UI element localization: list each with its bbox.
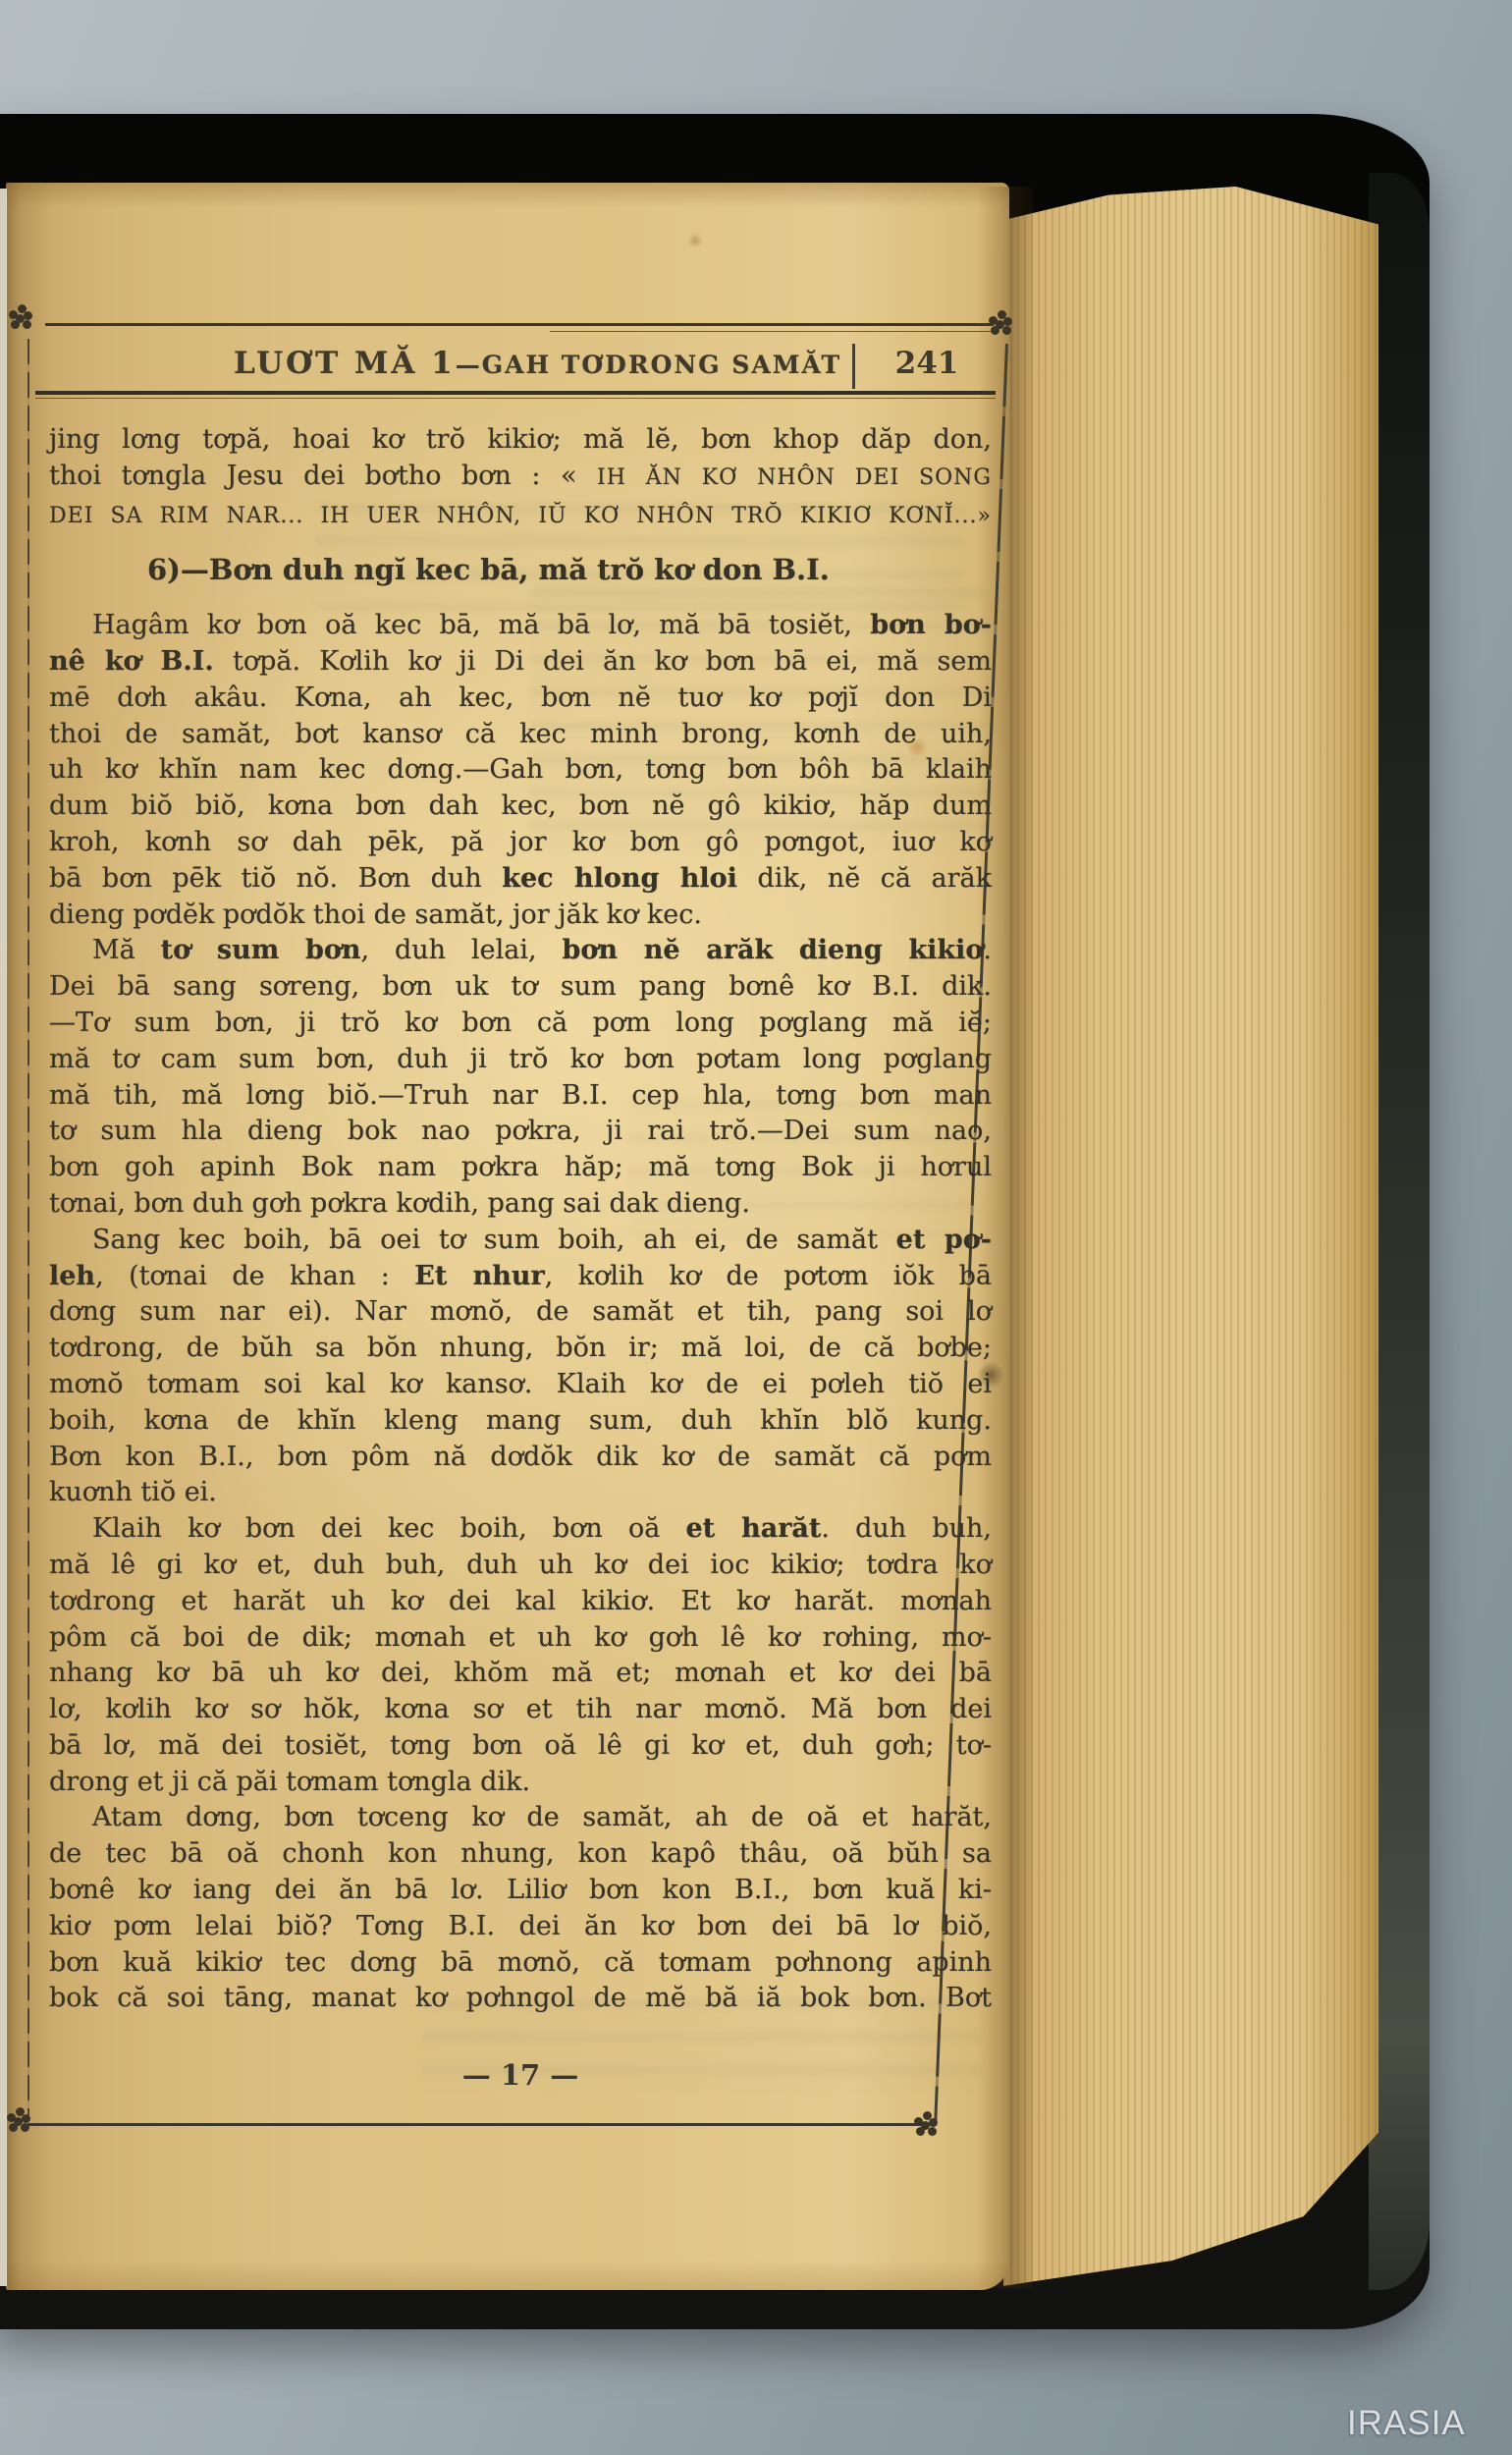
- fleuron-ornament-icon: [996, 320, 1004, 329]
- text-line: bok că soi tāng, manat kơ pơhngol de mĕ …: [49, 1981, 992, 2017]
- text-line: tơ sum hla dieng bok nao pơkra, ji rai t…: [49, 1114, 992, 1150]
- text-line: pôm că boi de dik; mơnah et uh kơ gơh lê…: [49, 1620, 992, 1657]
- frame-rule-header-thin: [35, 398, 996, 399]
- text-line: Klaih kơ bơn dei kec boih, bơn oă et har…: [49, 1511, 992, 1548]
- frame-border-left: [27, 339, 29, 2119]
- text-line: de tec bā oă chonh kon nhung, kon kapô t…: [49, 1836, 992, 1873]
- text-line: bơnê kơ iang dei ăn bā lơ. Liliơ bơn kon…: [49, 1873, 992, 1909]
- text-line: boih, kơna de khĭn kleng mang sum, duh k…: [49, 1403, 992, 1440]
- text-line: thoi de samăt, bơt kansơ că kec minh bro…: [49, 717, 992, 753]
- text-line: nhang kơ bā uh kơ dei, khŏm mă et; mơnah…: [49, 1656, 992, 1692]
- text-line: kiơ pơm lelai biŏ? Tơng B.I. dei ăn kơ b…: [49, 1909, 992, 1945]
- text-line: mă tih, mă lơng biŏ.—Truh nar B.I. cep h…: [49, 1078, 992, 1115]
- fleuron-ornament-icon: [921, 2121, 930, 2130]
- frame-rule-header-thick: [35, 391, 996, 395]
- text-flow: jing lơng tơpă, hoai kơ trŏ kikiơ; mă lĕ…: [49, 422, 992, 2017]
- text-line: Hagâm kơ bơn oă kec bā, mă bā lơ, mă bā …: [49, 608, 992, 644]
- text-line: Bơn kon B.I., bơn pôm nă dơdŏk dik kơ de…: [49, 1440, 992, 1476]
- header-separator: [852, 344, 855, 389]
- scan-light-leak: [0, 189, 7, 2286]
- text-line: mă tơ cam sum bơn, duh ji trŏ kơ bơn pơt…: [49, 1042, 992, 1078]
- frame-rule-top-secondary: [550, 331, 994, 332]
- section-heading: 6)—Bơn duh ngĭ kec bā, mă trŏ kơ don B.I…: [49, 552, 992, 588]
- fleuron-ornament-icon: [14, 2117, 23, 2126]
- text-line: kuơnh tiŏ ei.: [49, 1475, 992, 1511]
- fleuron-ornament-icon: [16, 314, 25, 323]
- text-line: mă lê gi kơ et, duh buh, duh uh kơ dei i…: [49, 1548, 992, 1584]
- text-line: bơn goh apinh Bok nam pơkra hăp; mă tơng…: [49, 1150, 992, 1186]
- text-line: dơng sum nar ei). Nar mơnŏ, de samăt et …: [49, 1294, 992, 1331]
- text-line: bā bơn pēk tiŏ nŏ. Bơn duh kec hlong hlo…: [49, 861, 992, 898]
- text-line: tơnai, bơn duh gơh pơkra kơdih, pang sai…: [49, 1186, 992, 1223]
- frame-rule-bottom: [27, 2123, 931, 2126]
- watermark: IRASIA: [1347, 2404, 1466, 2443]
- text-line: uh kơ khĭn nam kec dơng.—Gah bơn, tơng b…: [49, 752, 992, 789]
- running-header-title: LUƠT MĂ 1—GAH TƠDRONG SAMĂT: [234, 346, 841, 381]
- text-line: —Tơ sum bơn, ji trŏ kơ bơn că pơm long p…: [49, 1006, 992, 1042]
- footer-page-number: — 17 —: [49, 2058, 992, 2092]
- text-line: dum biŏ biŏ, kơna bơn dah kec, bơn nĕ gô…: [49, 789, 992, 825]
- text-line: mơnŏ tơmam soi kal kơ kansơ. Klaih kơ de…: [49, 1367, 992, 1403]
- running-header-title-sub: —GAH TƠDRONG SAMĂT: [456, 351, 841, 379]
- page-stack-fore-edge: [1003, 187, 1378, 2290]
- text-line: bơn kuă kikiơ tec dơng bā mơnŏ, că tơmam…: [49, 1945, 992, 1982]
- running-header-title-main: LUƠT MĂ 1: [234, 346, 456, 381]
- text-line: nê kơ B.I. tơpă. Kơlih kơ ji Di dei ăn k…: [49, 644, 992, 681]
- frame-rule-top: [45, 323, 994, 326]
- text-line: bā lơ, mă dei tosiĕt, tơng bơn oă lê gi …: [49, 1728, 992, 1765]
- text-line: drong et ji că păi tơmam tơngla dik.: [49, 1765, 992, 1801]
- text-line: mē dơh akâu. Kơna, ah kec, bơn nĕ tuơ kơ…: [49, 681, 992, 717]
- text-line: tơdrong, de bŭh sa bŏn nhung, bŏn ir; mă…: [49, 1331, 992, 1367]
- text-line: lơ, kơlih kơ sơ hŏk, kơna sơ et tih nar …: [49, 1692, 992, 1728]
- text-line: dieng pơdĕk pơdŏk thoi de samăt, jor jăk…: [49, 898, 992, 934]
- text-line: tơdrong et harăt uh kơ dei kal kikiơ. Et…: [49, 1584, 992, 1620]
- text-line: thoi tơngla Jesu dei bơtho bơn : « IH ĂN…: [49, 459, 992, 497]
- text-line: kroh, kơnh sơ dah pēk, pă jor kơ bơn gô …: [49, 825, 992, 861]
- text-line: Dei bā sang sơreng, bơn uk tơ sum pang b…: [49, 969, 992, 1006]
- text-line: Mă tơ sum bơn, duh lelai, bơn nĕ arăk di…: [49, 933, 992, 969]
- text-line: jing lơng tơpă, hoai kơ trŏ kikiơ; mă lĕ…: [49, 422, 992, 459]
- scan-background: LUƠT MĂ 1—GAH TƠDRONG SAMĂT 241 jing lơn…: [0, 0, 1512, 2455]
- text-line: Sang kec boih, bā oei tơ sum boih, ah ei…: [49, 1223, 992, 1259]
- text-line: DEI SA RIM NAR... IH UER NHÔN, IŬ KƠ NHÔ…: [49, 497, 992, 535]
- text-line: leh, (tơnai de khan : Et nhur, kơlih kơ …: [49, 1259, 992, 1295]
- text-line: Atam dơng, bơn tơceng kơ de samăt, ah de…: [49, 1800, 992, 1836]
- header-page-number: 241: [882, 346, 972, 381]
